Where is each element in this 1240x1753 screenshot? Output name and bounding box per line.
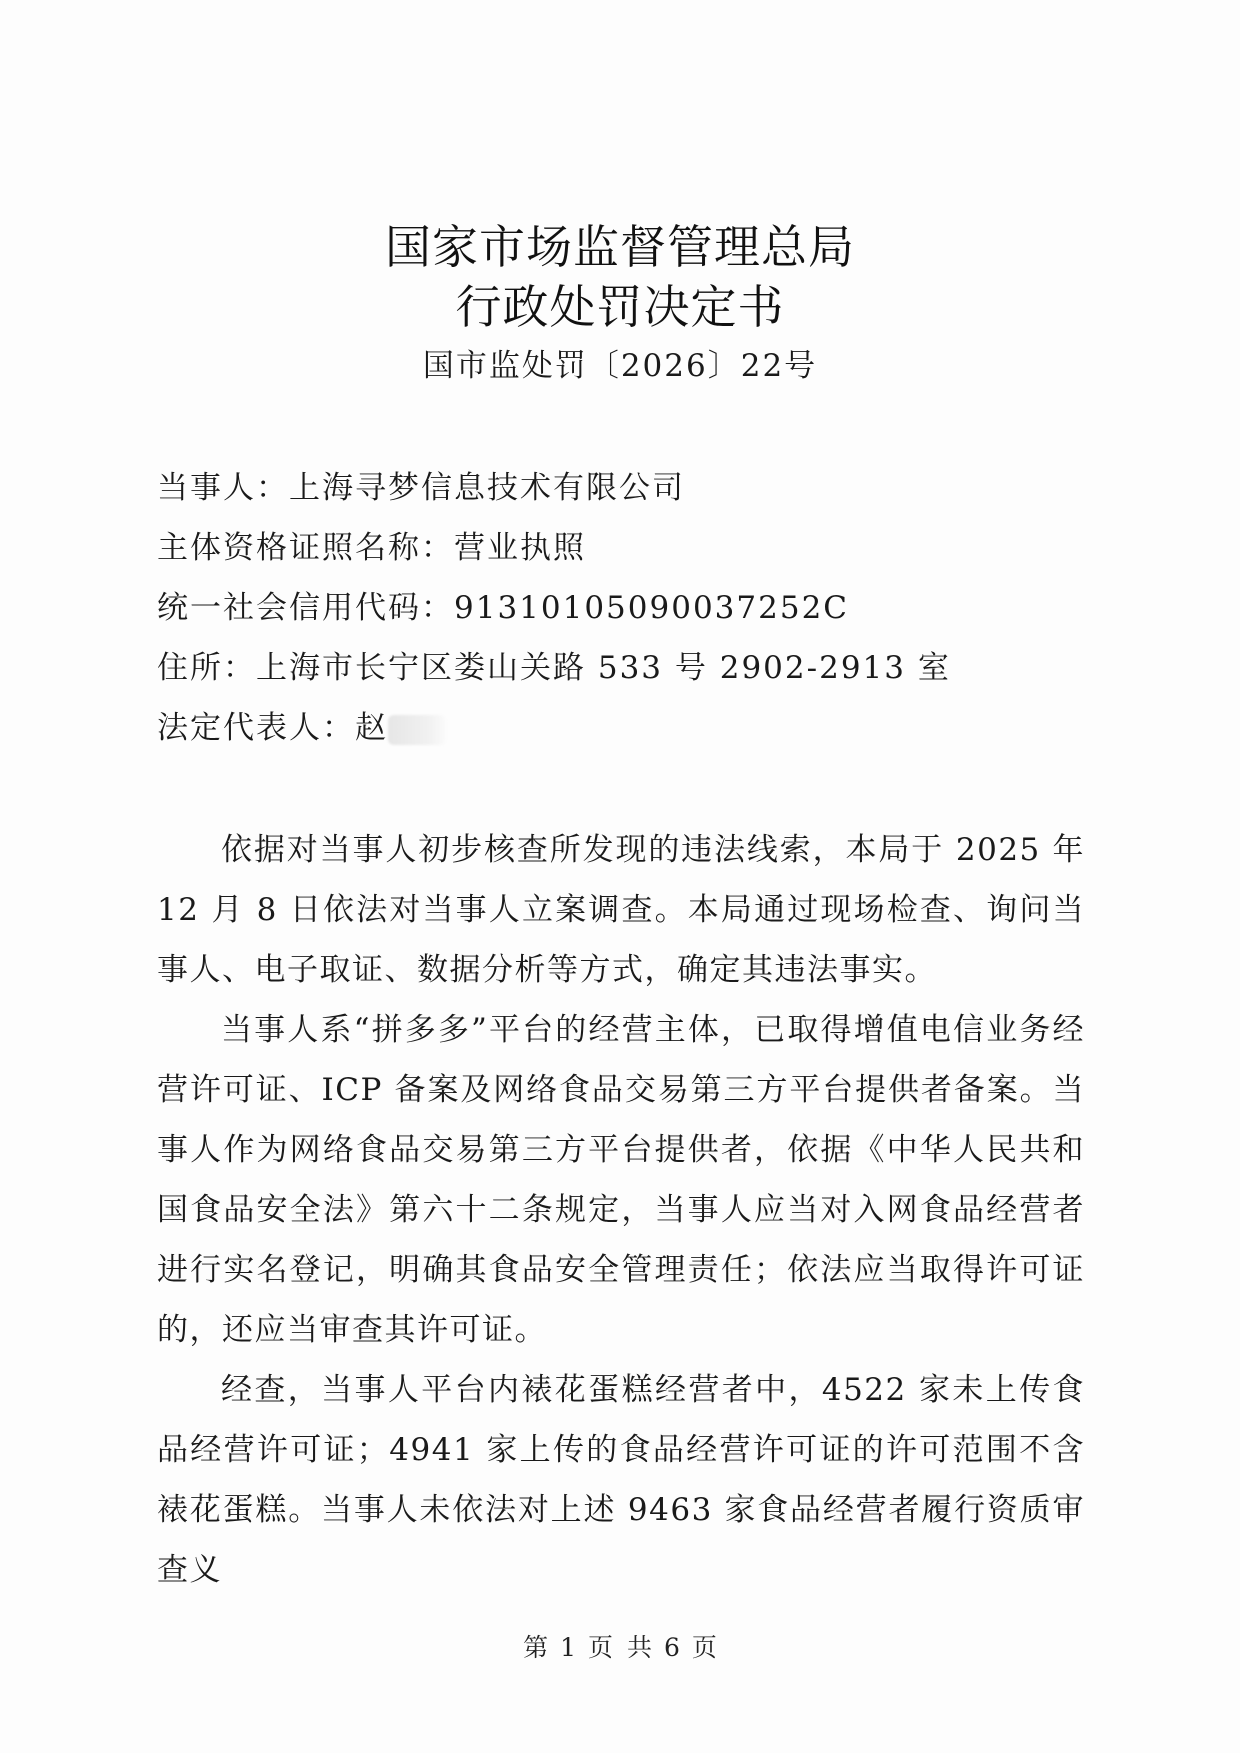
current-page: 1 — [560, 1633, 576, 1662]
party-label: 当事人： — [157, 470, 289, 506]
address-value: 上海市长宁区娄山关路 533 号 2902-2913 室 — [256, 650, 951, 686]
legal-rep-line: 法定代表人：赵 — [157, 698, 1087, 758]
license-name-label: 主体资格证照名称： — [157, 530, 454, 566]
document-type-title: 行政处罚决定书 — [0, 277, 1240, 337]
legal-rep-value: 赵 — [355, 710, 388, 746]
paragraph-platform-obligations: 当事人系“拼多多”平台的经营主体，已取得增值电信业务经营许可证、ICP 备案及网… — [157, 1000, 1085, 1360]
license-name-line: 主体资格证照名称：营业执照 — [157, 518, 1087, 578]
page-prefix: 第 — [523, 1633, 548, 1662]
party-line: 当事人：上海寻梦信息技术有限公司 — [157, 458, 1087, 518]
body-text: 依据对当事人初步核查所发现的违法线索，本局于 2025 年 12 月 8 日依法… — [157, 820, 1085, 1600]
total-pages: 6 — [664, 1633, 680, 1662]
page-mid: 页 共 — [588, 1633, 652, 1662]
agency-title: 国家市场监督管理总局 — [0, 217, 1240, 277]
license-name-value: 营业执照 — [454, 530, 586, 566]
paragraph-findings: 经查，当事人平台内裱花蛋糕经营者中，4522 家未上传食品经营许可证；4941 … — [157, 1360, 1085, 1600]
party-value: 上海寻梦信息技术有限公司 — [289, 470, 685, 506]
page-footer: 第1页 共6页 — [0, 1630, 1240, 1666]
address-label: 住所： — [157, 650, 256, 686]
paragraph-case-filing: 依据对当事人初步核查所发现的违法线索，本局于 2025 年 12 月 8 日依法… — [157, 820, 1085, 1000]
credit-code-value: 91310105090037252C — [454, 590, 849, 626]
credit-code-line: 统一社会信用代码：91310105090037252C — [157, 578, 1087, 638]
redaction-blur — [388, 715, 446, 745]
document-number: 国市监处罚〔2026〕22号 — [0, 346, 1240, 386]
party-info-block: 当事人：上海寻梦信息技术有限公司 主体资格证照名称：营业执照 统一社会信用代码：… — [157, 458, 1087, 758]
address-line: 住所：上海市长宁区娄山关路 533 号 2902-2913 室 — [157, 638, 1087, 698]
credit-code-label: 统一社会信用代码： — [157, 590, 454, 626]
legal-rep-label: 法定代表人： — [157, 710, 355, 746]
page-suffix: 页 — [692, 1633, 717, 1662]
document-page: 国家市场监督管理总局 行政处罚决定书 国市监处罚〔2026〕22号 当事人：上海… — [0, 0, 1240, 1753]
